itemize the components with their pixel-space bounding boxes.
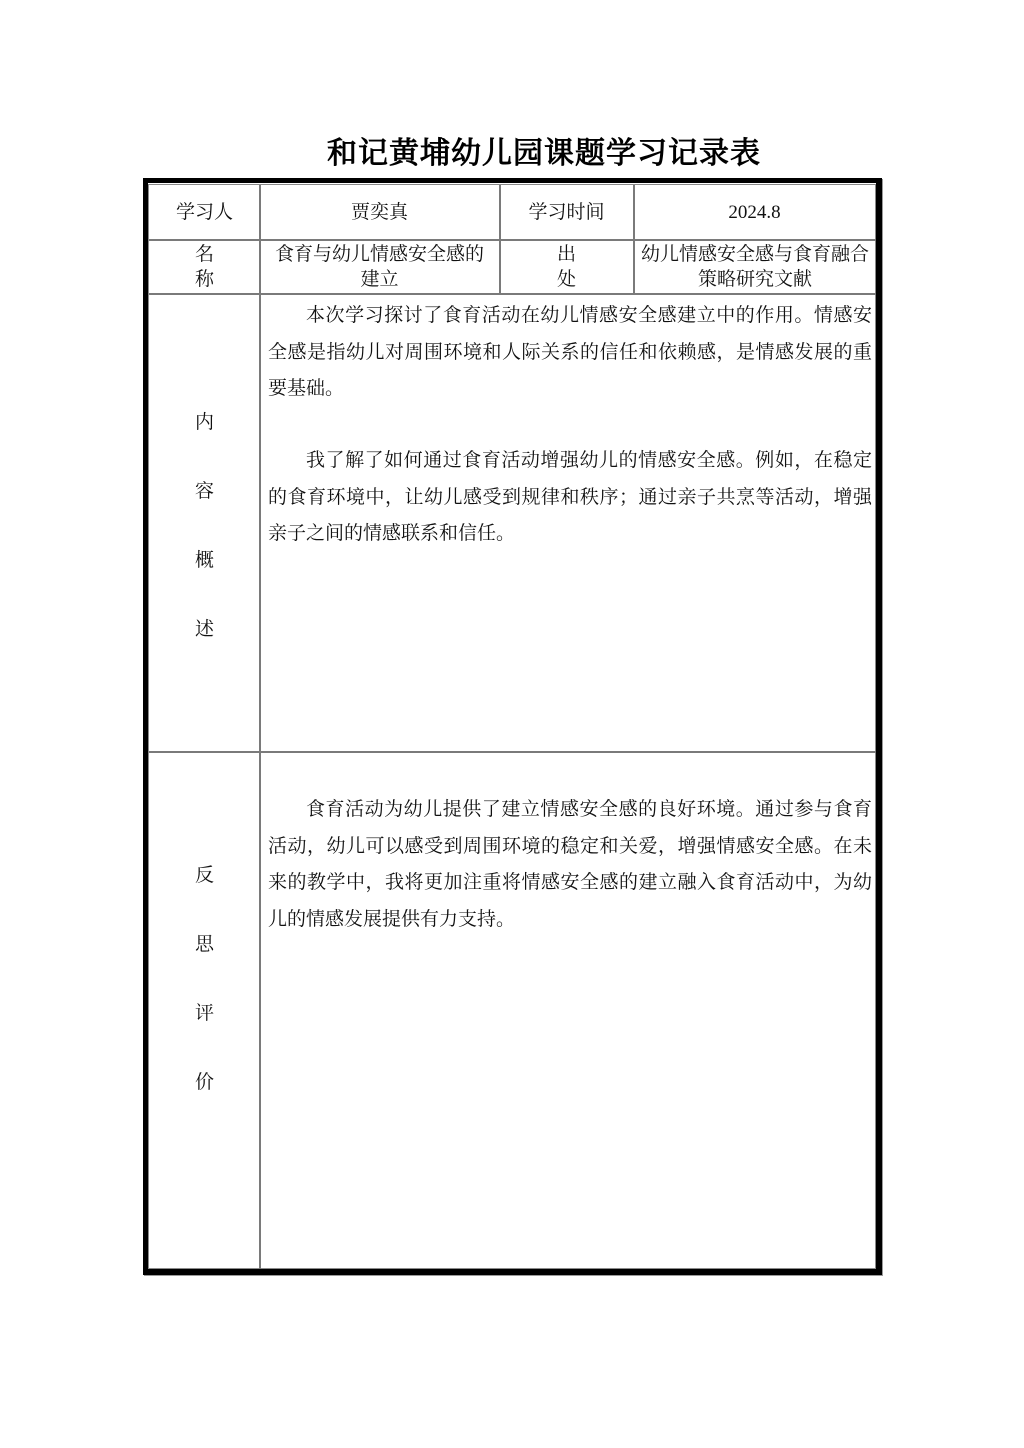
reflection-label-char: 思 <box>150 932 259 956</box>
learner-label: 学习人 <box>150 186 259 239</box>
reflection-label-char: 评 <box>150 1001 259 1025</box>
reflection-label-char: 价 <box>150 1070 259 1094</box>
summary-label-char: 述 <box>150 617 259 641</box>
learner-value: 贾奕真 <box>260 186 499 239</box>
reflection-label-char: 反 <box>150 863 259 887</box>
summary-paragraph: 本次学习探讨了食育活动在幼儿情感安全感建立中的作用。情感安全感是指幼儿对周围环境… <box>268 297 872 407</box>
reflection-paragraph: 食育活动为幼儿提供了建立情感安全感的良好环境。通过参与食育活动，幼儿可以感受到周… <box>268 791 872 937</box>
topic-name-value: 食育与幼儿情感安全感的建立 <box>270 240 489 293</box>
summary-label-char: 内 <box>150 410 259 434</box>
topic-name-label: 名 称 <box>150 240 259 293</box>
summary-label-char: 容 <box>150 479 259 503</box>
source-value: 幼儿情感安全感与食育融合策略研究文献 <box>640 240 870 293</box>
study-time-label: 学习时间 <box>500 186 633 239</box>
column-divider <box>259 185 261 1269</box>
summary-paragraph: 我了解了如何通过食育活动增强幼儿的情感安全感。例如，在稳定的食育环境中，让幼儿感… <box>268 442 872 552</box>
summary-label-char: 概 <box>150 548 259 572</box>
study-time-value: 2024.8 <box>634 186 875 239</box>
source-label: 出 处 <box>500 240 633 293</box>
document-title: 和记黄埔幼儿园课题学习记录表 <box>0 128 1024 172</box>
